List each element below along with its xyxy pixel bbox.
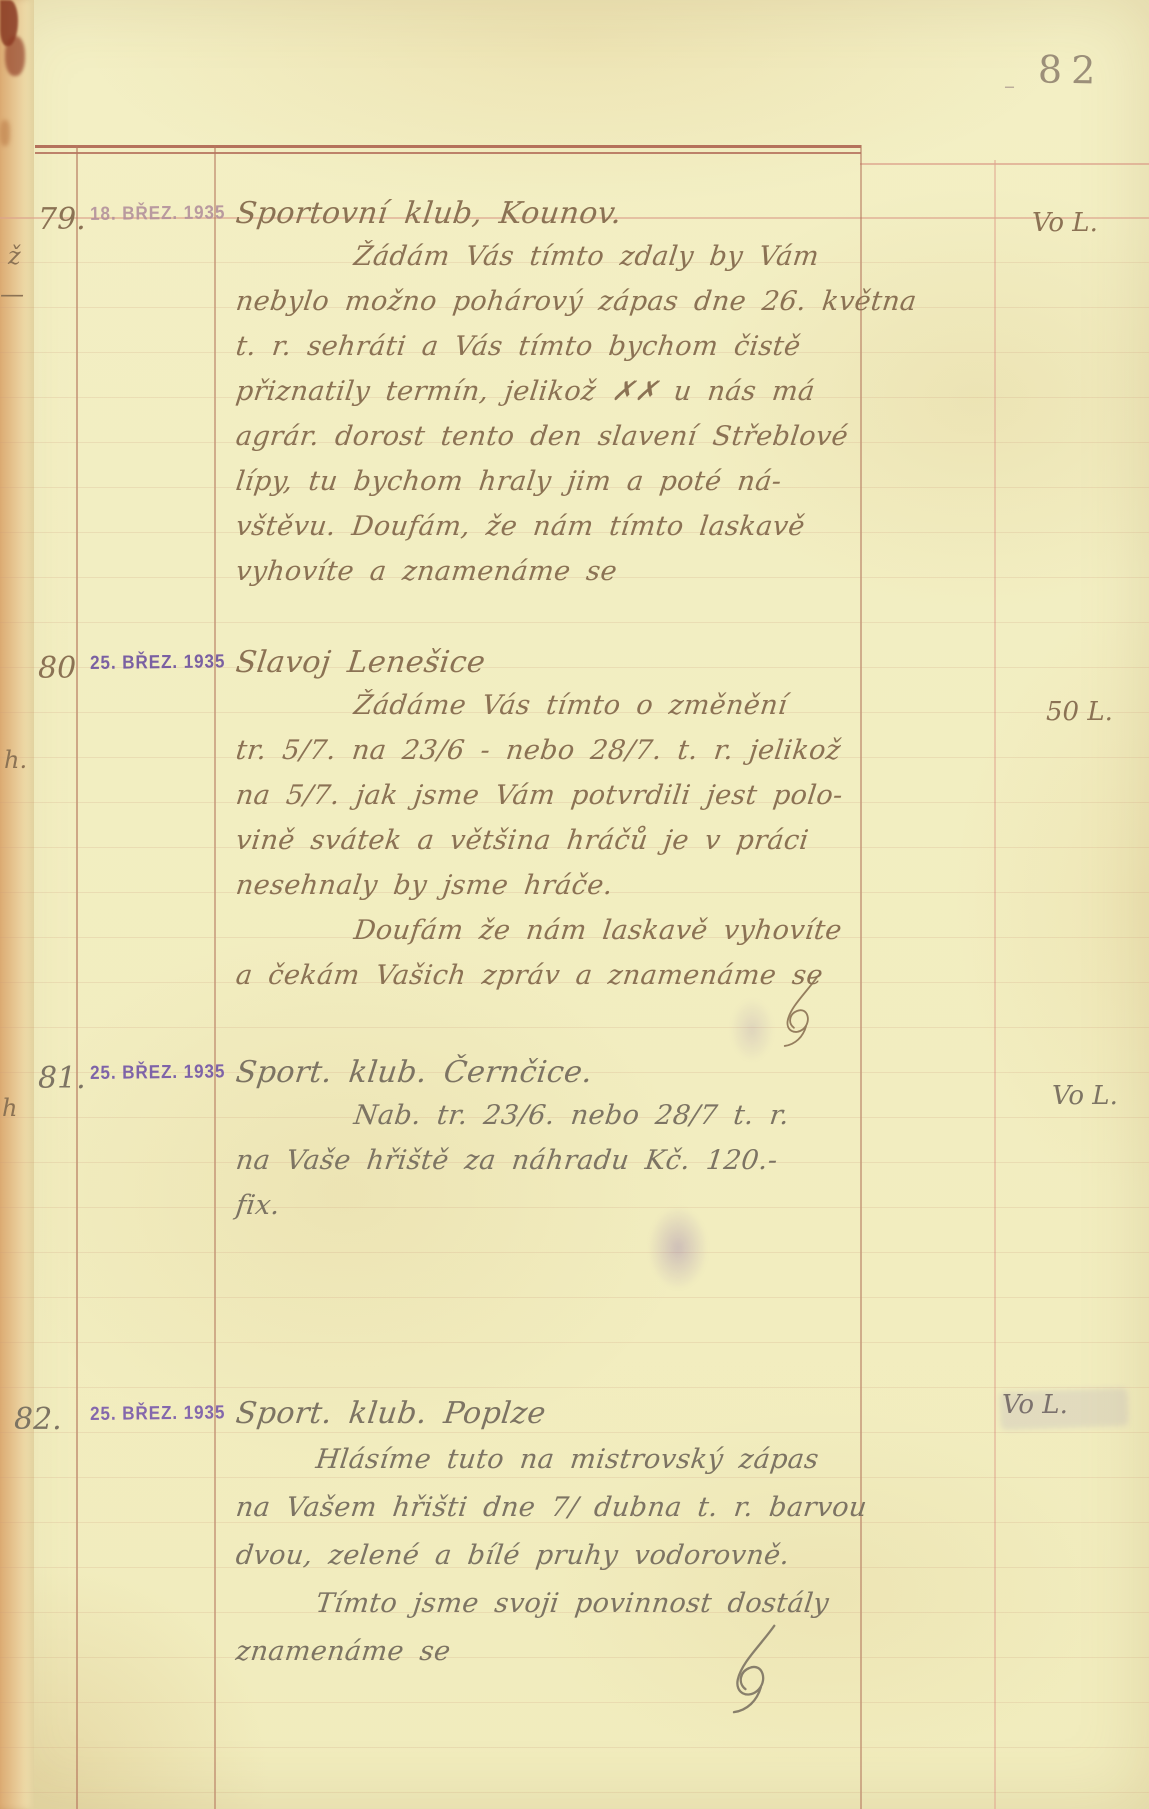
entry-text: Sport. klub. Černčice.Nab. tr. 23/6. neb… [236, 1055, 886, 1235]
handwritten-line: na Vaše hřiště za náhradu Kč. 120.- [236, 1145, 886, 1190]
entry-number: 82. [14, 1402, 62, 1437]
entry-text: Slavoj LenešiceŽádáme Vás tímto o změněn… [236, 645, 886, 1005]
handwritten-line: na Vašem hřišti dne 7/ dubna t. r. barvo… [236, 1492, 886, 1540]
handwritten-line: vštěvu. Doufám, že nám tímto laskavě [236, 511, 886, 556]
entry-heading-line: Sport. klub. Poplze [236, 1396, 886, 1444]
handwritten-line: přiznatily termín, jelikož ✗✗ u nás má [236, 376, 886, 421]
date-stamp: 25. BŘEZ. 1935 [90, 1061, 225, 1085]
date-stamp: 25. BŘEZ. 1935 [90, 1402, 225, 1426]
handwritten-line: fix. [236, 1190, 886, 1235]
violet-ink-blotch [730, 998, 774, 1062]
date-stamp: 25. BŘEZ. 1935 [90, 651, 225, 675]
handwritten-line: vyhovíte a znamenáme se [236, 556, 886, 601]
handwritten-line: Nab. tr. 23/6. nebo 28/7 t. r. [236, 1100, 886, 1145]
handwritten-line: agrár. dorost tento den slavení Střeblov… [236, 421, 886, 466]
ledger-page: – 82 ž — h. h 79. 18. BŘEZ. 1935 Sportov… [0, 0, 1149, 1809]
dash-mark: – [1004, 74, 1015, 99]
entry-number: 81. [38, 1061, 86, 1096]
violet-ink-blotch [648, 1206, 708, 1290]
left-margin-mark: ž [8, 242, 21, 270]
torn-paper-mark [5, 36, 25, 76]
left-margin-mark: h. [4, 746, 27, 774]
entry-heading-line: Sportovní klub, Kounov. [236, 196, 886, 241]
margin-fee-note: Vo L. [1032, 208, 1098, 238]
header-rule-bottom [35, 152, 861, 154]
margin-rule-right-segment [860, 163, 1149, 165]
handwritten-line: Hlásíme tuto na mistrovský zápas [236, 1444, 886, 1492]
margin-fee-note: 50 L. [1046, 697, 1113, 727]
handwritten-line: dvou, zelené a bílé pruhy vodorovně. [236, 1540, 886, 1588]
date-stamp: 18. BŘEZ. 1935 [90, 202, 225, 226]
handwritten-line: Žádáme Vás tímto o změnění [236, 690, 886, 735]
handwritten-line: tr. 5/7. na 23/6 - nebo 28/7. t. r. jeli… [236, 735, 886, 780]
handwritten-line: Žádám Vás tímto zdaly by Vám [236, 241, 886, 286]
entry-heading-line: Slavoj Lenešice [236, 645, 886, 690]
header-rule-top [35, 145, 861, 148]
signature-flourish [772, 973, 834, 1049]
signature-flourish [718, 1620, 796, 1716]
handwritten-line: nesehnaly by jsme hráče. [236, 870, 886, 915]
entry-text: Sportovní klub, Kounov.Žádám Vás tímto z… [236, 196, 886, 601]
left-margin-mark: — [0, 280, 24, 308]
handwritten-line: vině svátek a většina hráčů je v práci [236, 825, 886, 870]
entry-number: 80 [38, 651, 76, 686]
entry-heading-line: Sport. klub. Černčice. [236, 1055, 886, 1100]
margin-fee-note: Vo L. [1052, 1081, 1118, 1111]
left-margin-mark: h [2, 1094, 17, 1122]
handwritten-line: lípy, tu bychom hraly jim a poté ná- [236, 466, 886, 511]
handwritten-line: na 5/7. jak jsme Vám potvrdili jest polo… [236, 780, 886, 825]
entry-number: 79. [38, 202, 86, 237]
faint-stamp-smudge [999, 1388, 1128, 1430]
page-number-stamp: 82 [1038, 47, 1105, 92]
handwritten-line: Doufám že nám laskavě vyhovíte [236, 915, 886, 960]
handwritten-line: nebylo možno pohárový zápas dne 26. květ… [236, 286, 886, 331]
torn-paper-mark [0, 120, 10, 146]
handwritten-line: t. r. sehráti a Vás tímto bychom čistě [236, 331, 886, 376]
